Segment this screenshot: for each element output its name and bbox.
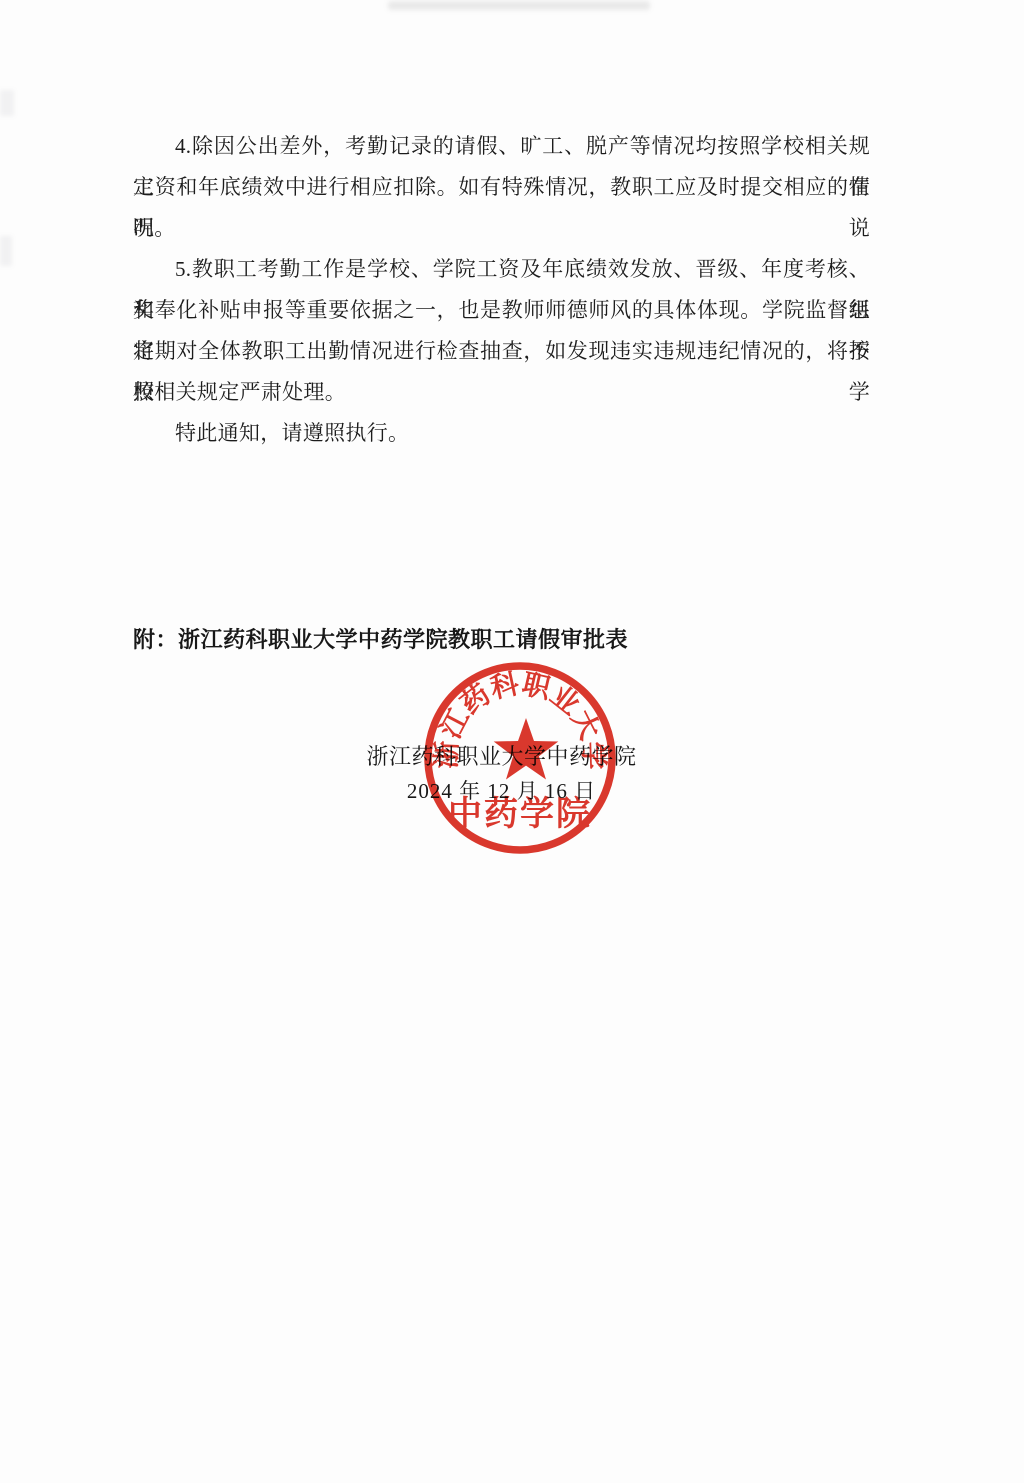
signature-block: 浙江药科职业大学中药学院 2024 年 12 月 16 日 [133,740,870,808]
scan-artifact-left [0,236,12,266]
attachment-line: 附：浙江药科职业大学中药学院教职工请假审批表 [133,619,870,660]
document-page: 4.除因公出差外，考勤记录的请假、旷工、脱产等情况均按照学校相关规定在工资和年底… [0,0,1024,1483]
signature-org: 浙江药科职业大学中药学院 [133,740,870,774]
body-line: 工资和年底绩效中进行相应扣除。如有特殊情况，教职工应及时提交相应的情况说 [133,167,870,208]
body-line: 特此通知，请遵照执行。 [133,413,870,454]
signature-date: 2024 年 12 月 16 日 [133,774,870,808]
body-line: 和奉化补贴申报等重要依据之一，也是教师师德师风的具体体现。学院监督组将不 [133,290,870,331]
body-line: 定期对全体教职工出勤情况进行检查抽查，如发现违实违规违纪情况的，将按照学 [133,331,870,372]
scan-artifact-top [388,1,650,10]
notice-body: 4.除因公出差外，考勤记录的请假、旷工、脱产等情况均按照学校相关规定在工资和年底… [133,126,870,454]
body-line: 4.除因公出差外，考勤记录的请假、旷工、脱产等情况均按照学校相关规定在 [133,126,870,167]
body-line: 5.教职工考勤工作是学校、学院工资及年底绩效发放、晋级、年度考核、奖惩 [133,249,870,290]
scan-artifact-left [0,90,14,116]
